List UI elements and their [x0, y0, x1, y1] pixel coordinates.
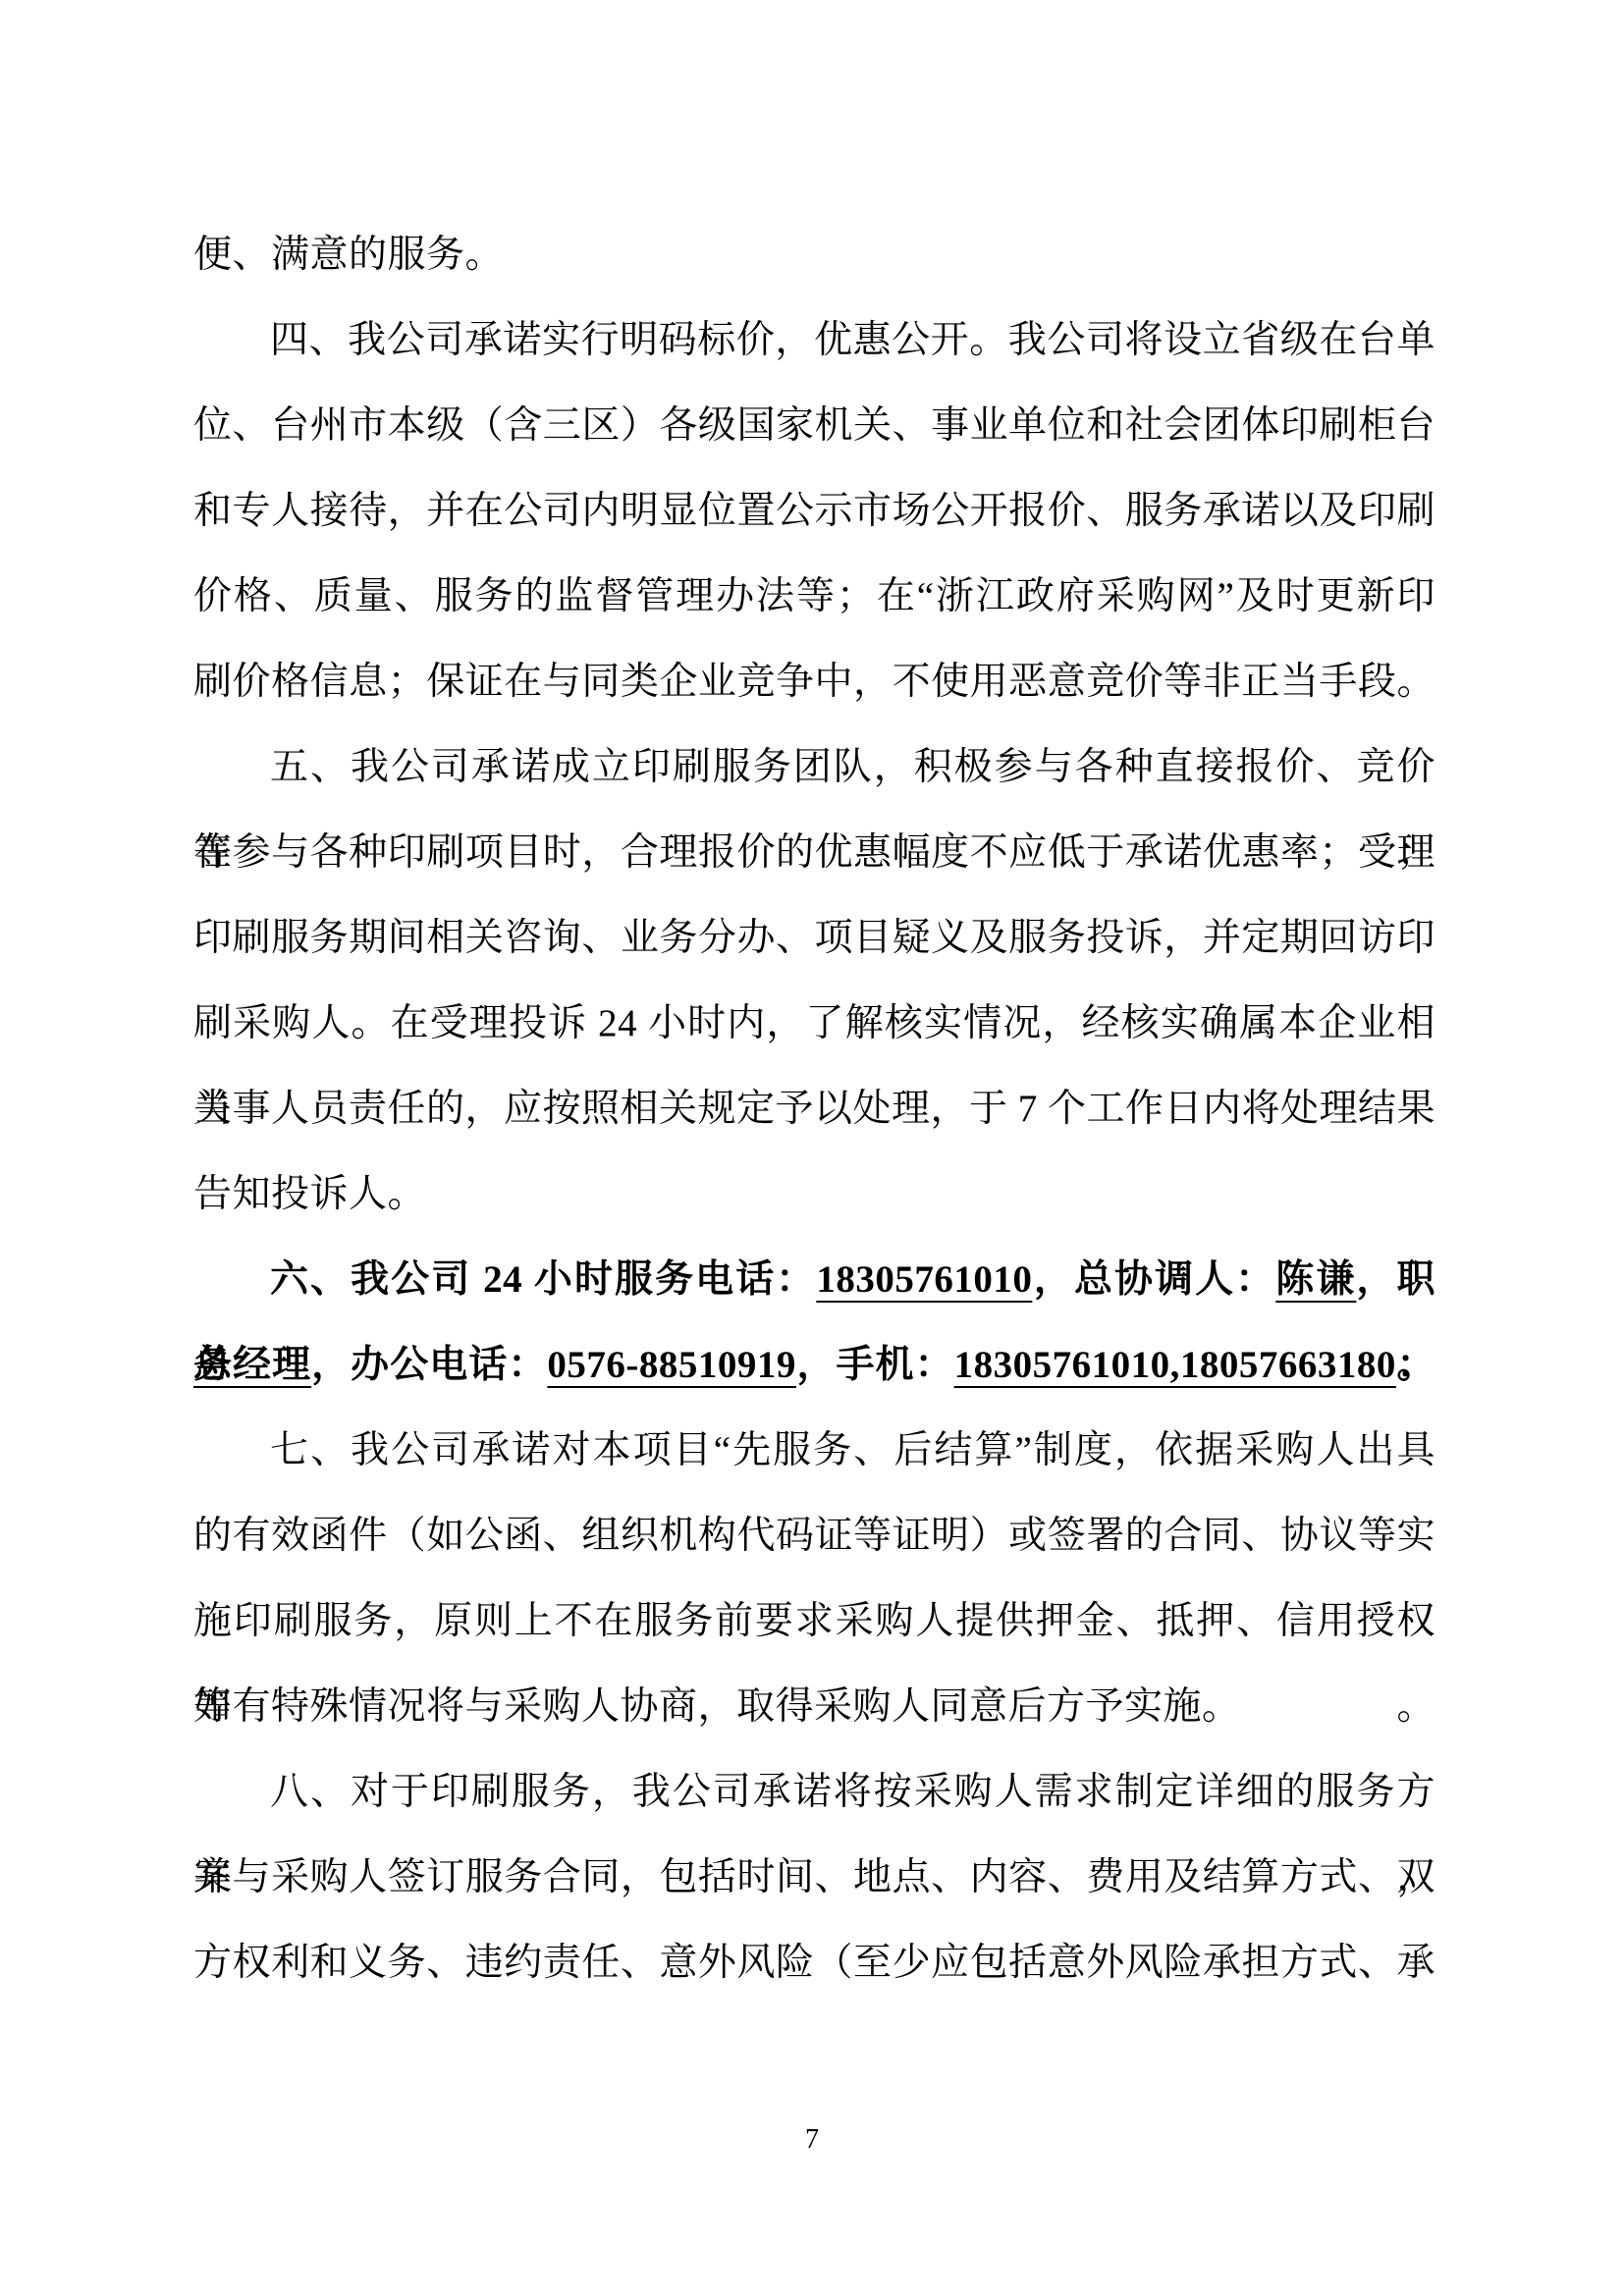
- text-segment: 四、我公司承诺实行明码标价，优惠公开。我公司将设立省级在台单: [270, 319, 1435, 361]
- text-segment: 七、我公司承诺对本项目“先服务、后结算”制度，依据采购人出具: [270, 1429, 1435, 1471]
- text-line: 四、我公司承诺实行明码标价，优惠公开。我公司将设立省级在台单: [193, 297, 1435, 383]
- text-line: 五、我公司承诺成立印刷服务团队，积极参与各种直接报价、竞价等；: [193, 724, 1435, 810]
- underlined-text-segment: 总经理: [193, 1344, 311, 1386]
- underlined-text-segment: 18305761010,18057663180: [954, 1344, 1396, 1386]
- text-segment: 。: [1396, 1344, 1435, 1386]
- text-segment: 印刷服务期间相关咨询、业务分办、项目疑义及服务投诉，并定期回访印: [193, 917, 1435, 959]
- text-segment: 并与采购人签订服务合同，包括时间、地点、内容、费用及结算方式、双: [193, 1856, 1435, 1898]
- text-segment: 便、满意的服务。: [193, 234, 504, 276]
- underlined-text-segment: 陈谦: [1275, 1258, 1356, 1301]
- text-block: 便、满意的服务。四、我公司承诺实行明码标价，优惠公开。我公司将设立省级在台单位、…: [193, 212, 1435, 2005]
- text-line: 便、满意的服务。: [193, 212, 1435, 297]
- text-line: 在参与各种印刷项目时，合理报价的优惠幅度不应低于承诺优惠率；受理: [193, 810, 1435, 895]
- text-segment: 和专人接待，并在公司内明显位置公示市场公开报价、服务承诺以及印刷: [193, 490, 1435, 532]
- text-segment: 如有特殊情况将与采购人协商，取得采购人同意后方予实施。: [193, 1685, 1241, 1728]
- text-line: 七、我公司承诺对本项目“先服务、后结算”制度，依据采购人出具: [193, 1408, 1435, 1493]
- text-segment: 当事人员责任的，应按照相关规定予以处理，于 7 个工作日内将处理结果: [193, 1088, 1435, 1130]
- text-line: 并与采购人签订服务合同，包括时间、地点、内容、费用及结算方式、双: [193, 1835, 1435, 1920]
- text-line: 总经理，办公电话：0576-88510919，手机：18305761010,18…: [193, 1322, 1435, 1408]
- text-segment: 的有效函件（如公函、组织机构代码证等证明）或签署的合同、协议等实: [193, 1515, 1435, 1557]
- document-page: 便、满意的服务。四、我公司承诺实行明码标价，优惠公开。我公司将设立省级在台单位、…: [0, 0, 1624, 2296]
- text-segment: ，办公电话：: [311, 1344, 547, 1386]
- text-segment: 刷价格信息；保证在与同类企业竞争中，不使用恶意竞价等非正当手段。: [193, 661, 1435, 703]
- text-line: 价格、质量、服务的监督管理办法等；在“浙江政府采购网”及时更新印: [193, 554, 1435, 639]
- text-line: 施印刷服务，原则上不在服务前要求采购人提供押金、抵押、信用授权等。: [193, 1578, 1435, 1664]
- text-segment: ，总协调人：: [1032, 1258, 1275, 1301]
- text-segment: 方权利和义务、违约责任、意外风险（至少应包括意外风险承担方式、承: [193, 1942, 1435, 1984]
- text-segment: 位、台州市本级（含三区）各级国家机关、事业单位和社会团体印刷柜台: [193, 404, 1435, 447]
- underlined-text-segment: 18305761010: [816, 1258, 1032, 1301]
- text-line: 印刷服务期间相关咨询、业务分办、项目疑义及服务投诉，并定期回访印: [193, 895, 1435, 981]
- text-segment: 价格、质量、服务的监督管理办法等；在“浙江政府采购网”及时更新印: [193, 575, 1435, 617]
- text-line: 六、我公司 24 小时服务电话：18305761010，总协调人：陈谦，职务：: [193, 1237, 1435, 1322]
- text-segment: ，手机：: [796, 1344, 954, 1386]
- text-line: 八、对于印刷服务，我公司承诺将按采购人需求制定详细的服务方案，: [193, 1749, 1435, 1835]
- text-line: 和专人接待，并在公司内明显位置公示市场公开报价、服务承诺以及印刷: [193, 468, 1435, 554]
- text-segment: 六、我公司 24 小时服务电话：: [270, 1258, 816, 1301]
- underlined-text-segment: 0576-88510919: [547, 1344, 796, 1386]
- text-segment: 在参与各种印刷项目时，合理报价的优惠幅度不应低于承诺优惠率；受理: [193, 831, 1435, 874]
- text-line: 刷采购人。在受理投诉 24 小时内，了解核实情况，经核实确属本企业相关: [193, 981, 1435, 1066]
- page-number: 7: [0, 2120, 1624, 2160]
- text-line: 的有效函件（如公函、组织机构代码证等证明）或签署的合同、协议等实: [193, 1493, 1435, 1578]
- text-line: 刷价格信息；保证在与同类企业竞争中，不使用恶意竞价等非正当手段。: [193, 639, 1435, 724]
- text-line: 当事人员责任的，应按照相关规定予以处理，于 7 个工作日内将处理结果: [193, 1066, 1435, 1151]
- text-line: 方权利和义务、违约责任、意外风险（至少应包括意外风险承担方式、承: [193, 1920, 1435, 2005]
- text-line: 告知投诉人。: [193, 1151, 1435, 1237]
- text-segment: 告知投诉人。: [193, 1173, 426, 1215]
- text-line: 位、台州市本级（含三区）各级国家机关、事业单位和社会团体印刷柜台: [193, 383, 1435, 468]
